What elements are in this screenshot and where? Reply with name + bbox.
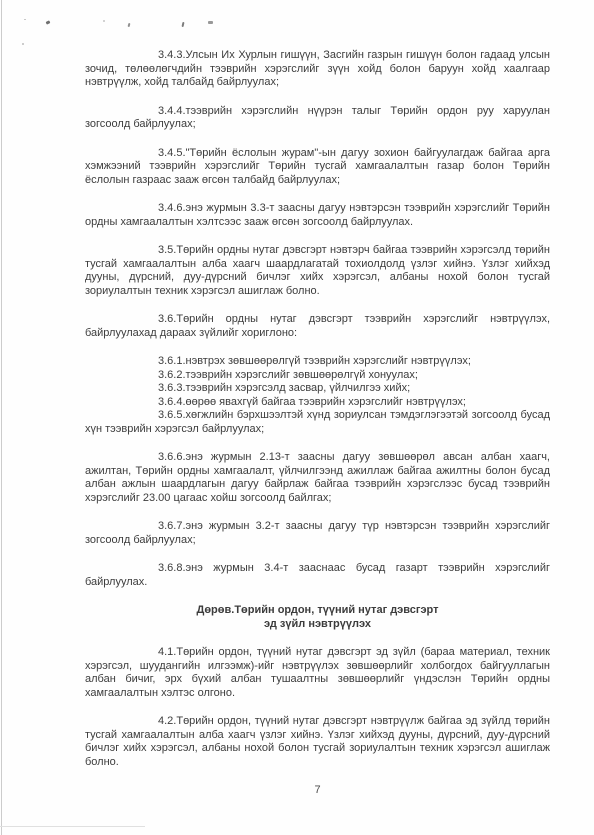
- scan-speckle: [128, 23, 131, 27]
- list-item-3-6-1: 3.6.1.нэвтрэх зөвшөөрөлгүй тээврийн хэрэ…: [85, 355, 550, 369]
- paragraph-3-4-3: 3.4.3.Улсын Их Хурлын гишүүн, Засгийн га…: [85, 49, 550, 90]
- paragraph-3-4-6: 3.4.6.энэ журмын 3.3-т заасны дагуу нэвт…: [85, 202, 550, 229]
- paragraph-3-6-8: 3.6.8.энэ журмын 3.4-т зааснаас бусад га…: [85, 562, 550, 589]
- list-item-3-6-2: 3.6.2.тээврийн хэрэгслийг зөвшөөрөлгүй х…: [85, 369, 550, 383]
- section-heading: Дөрөв.Төрийн ордон, түүний нутаг дэвсгэр…: [85, 604, 550, 631]
- scanned-document-page: 3.4.3.Улсын Их Хурлын гишүүн, Засгийн га…: [0, 0, 594, 835]
- paragraph-3-6-6: 3.6.6.энэ журмын 2.13-т заасны дагуу зөв…: [85, 451, 550, 505]
- list-item-3-6-5: 3.6.5.хөгжлийн бэрхшээлтэй хүнд зориулса…: [85, 409, 550, 436]
- section-heading-line1: Дөрөв.Төрийн ордон, түүний нутаг дэвсгэр…: [85, 604, 550, 618]
- list-item-3-6-4: 3.6.4.өөрөө явахгүй байгаа тээврийн хэрэ…: [85, 396, 550, 410]
- scan-speckle: [103, 20, 105, 22]
- list-item-3-6-3: 3.6.3.тээврийн хэрэгсэлд засвар, үйлчилг…: [85, 382, 550, 396]
- document-body: 3.4.3.Улсын Их Хурлын гишүүн, Засгийн га…: [85, 49, 550, 798]
- paragraph-4-2: 4.2.Төрийн ордон, түүний нутаг дэвсгэрт …: [85, 715, 550, 769]
- scan-edge-line-bottom: [0, 826, 145, 827]
- scan-speckle: [208, 21, 213, 24]
- scan-speckle: [24, 19, 26, 20]
- scan-speckle: [46, 20, 51, 24]
- page-number: 7: [85, 784, 550, 798]
- scan-speckle: [22, 43, 24, 45]
- paragraph-3-5: 3.5.Төрийн ордны нутаг дэвсгэрт нэвтэрч …: [85, 244, 550, 298]
- scan-edge-line: [1, 0, 2, 835]
- paragraph-3-4-5: 3.4.5."Төрийн ёслолын журам"-ын дагуу зо…: [85, 147, 550, 188]
- paragraph-3-6-7: 3.6.7.энэ журмын 3.2-т заасны дагуу түр …: [85, 520, 550, 547]
- paragraph-3-6: 3.6.Төрийн ордны нутаг дэвсгэрт тээврийн…: [85, 313, 550, 340]
- scan-speckle: [182, 22, 185, 27]
- paragraph-4-1: 4.1.Төрийн ордон, түүний нутаг дэвсгэрт …: [85, 646, 550, 700]
- paragraph-3-4-4: 3.4.4.тээврийн хэрэгслийн нүүрэн талыг Т…: [85, 105, 550, 132]
- section-heading-line2: эд зүйл нэвтрүүлэх: [85, 618, 550, 632]
